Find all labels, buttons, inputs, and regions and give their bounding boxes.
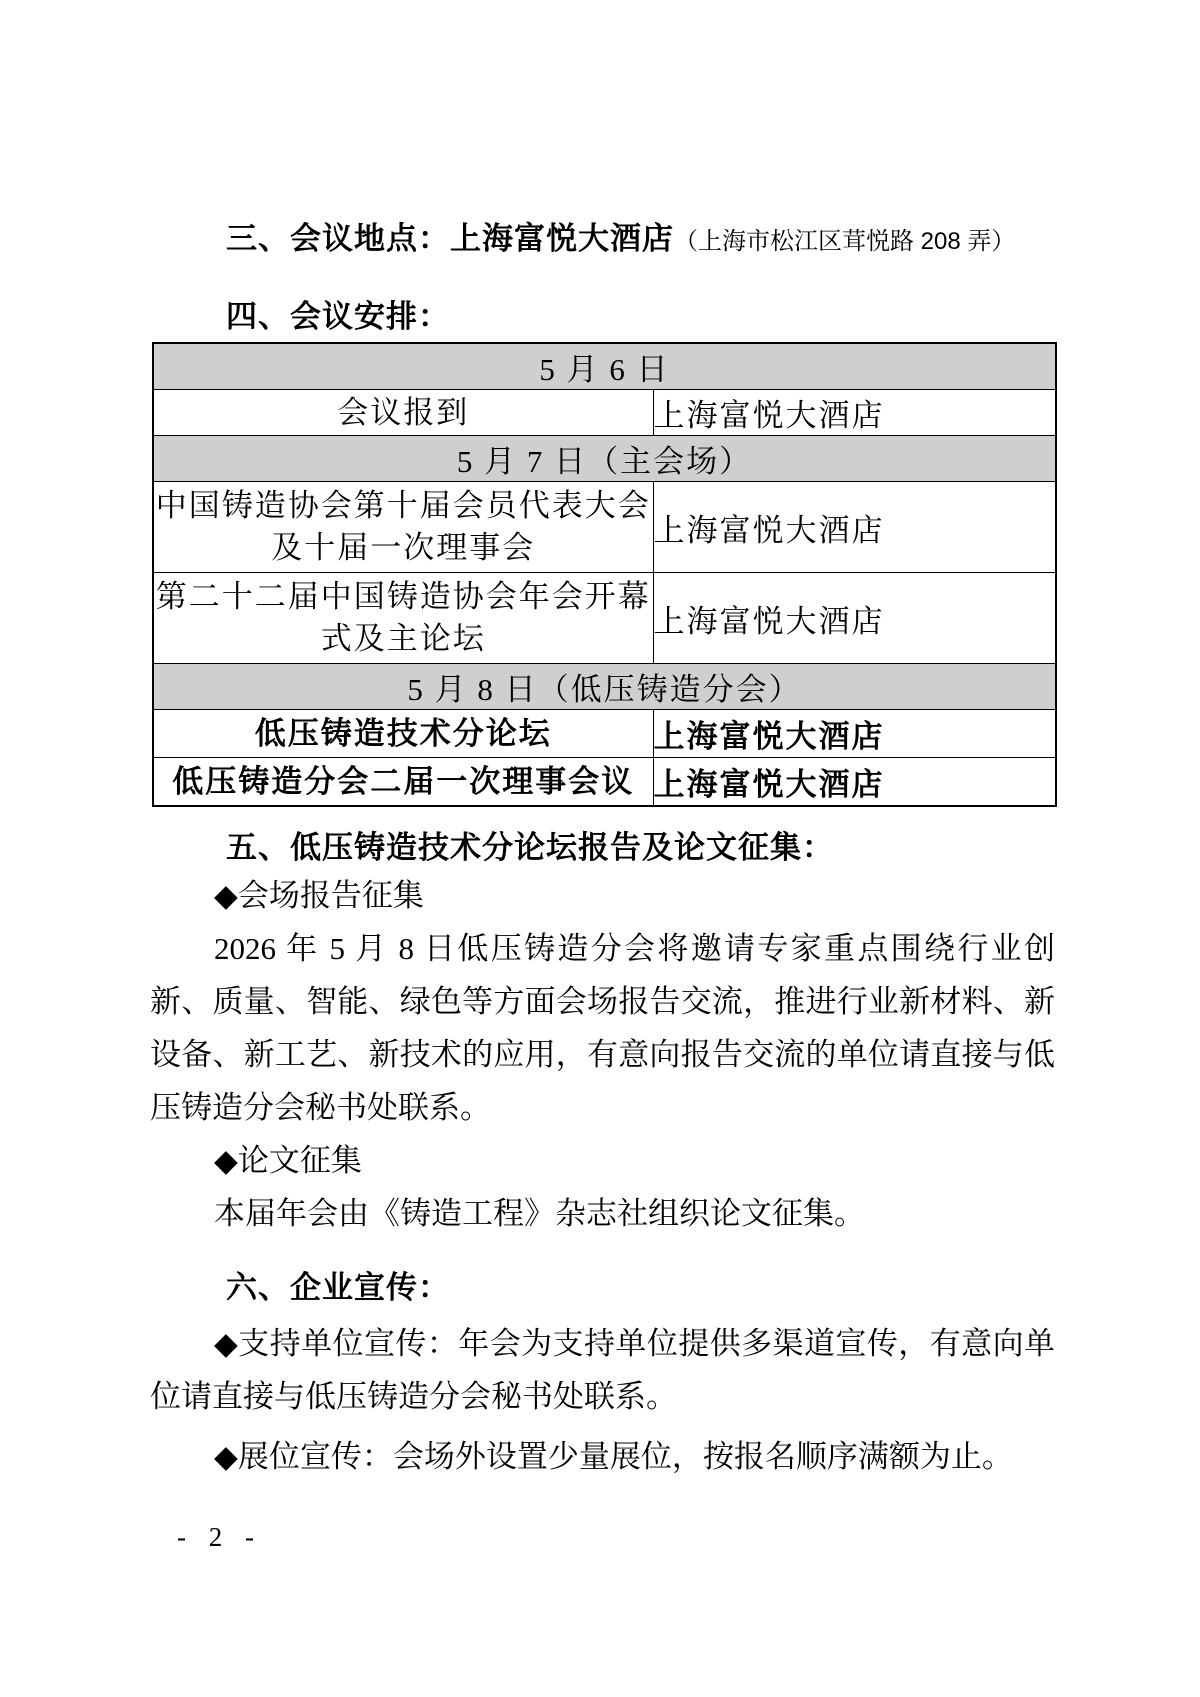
section-3-title: 三、会议地点：上海富悦大酒店 bbox=[226, 221, 674, 256]
report-call-subtitle: ◆会场报告征集 bbox=[150, 869, 1055, 922]
schedule-item-row: 会议报到 上海富悦大酒店 bbox=[153, 390, 1056, 436]
date-band: 5 月 8 日（低压铸造分会） bbox=[153, 664, 1056, 710]
event-cell: 中国铸造协会第十届会员代表大会及十届一次理事会 bbox=[153, 482, 653, 573]
event-cell: 会议报到 bbox=[153, 390, 653, 436]
section-5-heading: 五、低压铸造技术分论坛报告及论文征集： bbox=[150, 827, 1055, 869]
event-cell: 低压铸造分会二届一次理事会议 bbox=[153, 758, 653, 807]
schedule-item-row: 第二十二届中国铸造协会年会开幕式及主论坛 上海富悦大酒店 bbox=[153, 573, 1056, 664]
booth-publicity-paragraph: ◆展位宣传：会场外设置少量展位，按报名顺序满额为止。 bbox=[150, 1430, 1055, 1483]
date-band: 5 月 7 日（主会场） bbox=[153, 436, 1056, 482]
schedule-date-row: 5 月 8 日（低压铸造分会） bbox=[153, 664, 1056, 710]
venue-cell: 上海富悦大酒店 bbox=[653, 710, 1056, 758]
schedule-table: 5 月 6 日 会议报到 上海富悦大酒店 5 月 7 日（主会场） 中国铸造协会… bbox=[152, 342, 1057, 807]
document-page: 三、会议地点：上海富悦大酒店（上海市松江区茸悦路 208 弄） 四、会议安排： … bbox=[0, 0, 1200, 1697]
page-content: 三、会议地点：上海富悦大酒店（上海市松江区茸悦路 208 弄） 四、会议安排： … bbox=[150, 0, 1055, 1483]
event-cell: 第二十二届中国铸造协会年会开幕式及主论坛 bbox=[153, 573, 653, 664]
venue-cell: 上海富悦大酒店 bbox=[653, 482, 1056, 573]
page-number: - 2 - bbox=[177, 1522, 262, 1553]
venue-cell: 上海富悦大酒店 bbox=[653, 390, 1056, 436]
paper-call-paragraph: 本届年会由《铸造工程》杂志社组织论文征集。 bbox=[150, 1187, 1055, 1240]
section-4-title: 四、会议安排： bbox=[226, 299, 450, 334]
schedule-item-row: 中国铸造协会第十届会员代表大会及十届一次理事会 上海富悦大酒店 bbox=[153, 482, 1056, 573]
schedule-item-row: 低压铸造分会二届一次理事会议 上海富悦大酒店 bbox=[153, 758, 1056, 807]
schedule-date-row: 5 月 6 日 bbox=[153, 343, 1056, 390]
venue-cell: 上海富悦大酒店 bbox=[653, 573, 1056, 664]
venue-cell: 上海富悦大酒店 bbox=[653, 758, 1056, 807]
section-3-heading: 三、会议地点：上海富悦大酒店（上海市松江区茸悦路 208 弄） bbox=[150, 218, 1055, 263]
date-band: 5 月 6 日 bbox=[153, 343, 1056, 390]
section-4-heading: 四、会议安排： bbox=[150, 296, 1055, 338]
support-publicity-paragraph: ◆支持单位宣传：年会为支持单位提供多渠道宣传，有意向单位请直接与低压铸造分会秘书… bbox=[150, 1317, 1055, 1423]
schedule-date-row: 5 月 7 日（主会场） bbox=[153, 436, 1056, 482]
paper-call-subtitle: ◆论文征集 bbox=[150, 1134, 1055, 1187]
section-6-heading: 六、企业宣传： bbox=[150, 1267, 1055, 1309]
papers-block: ◆会场报告征集 2026 年 5 月 8 日低压铸造分会将邀请专家重点围绕行业创… bbox=[150, 869, 1055, 1240]
section-6-title: 六、企业宣传： bbox=[226, 1270, 450, 1305]
section-5-title: 五、低压铸造技术分论坛报告及论文征集： bbox=[226, 830, 834, 865]
section-3-address-note: （上海市松江区茸悦路 208 弄） bbox=[674, 228, 1015, 255]
event-cell: 低压铸造技术分论坛 bbox=[153, 710, 653, 758]
report-call-paragraph: 2026 年 5 月 8 日低压铸造分会将邀请专家重点围绕行业创新、质量、智能、… bbox=[150, 922, 1055, 1134]
schedule-item-row: 低压铸造技术分论坛 上海富悦大酒店 bbox=[153, 710, 1056, 758]
publicity-block: ◆支持单位宣传：年会为支持单位提供多渠道宣传，有意向单位请直接与低压铸造分会秘书… bbox=[150, 1317, 1055, 1483]
